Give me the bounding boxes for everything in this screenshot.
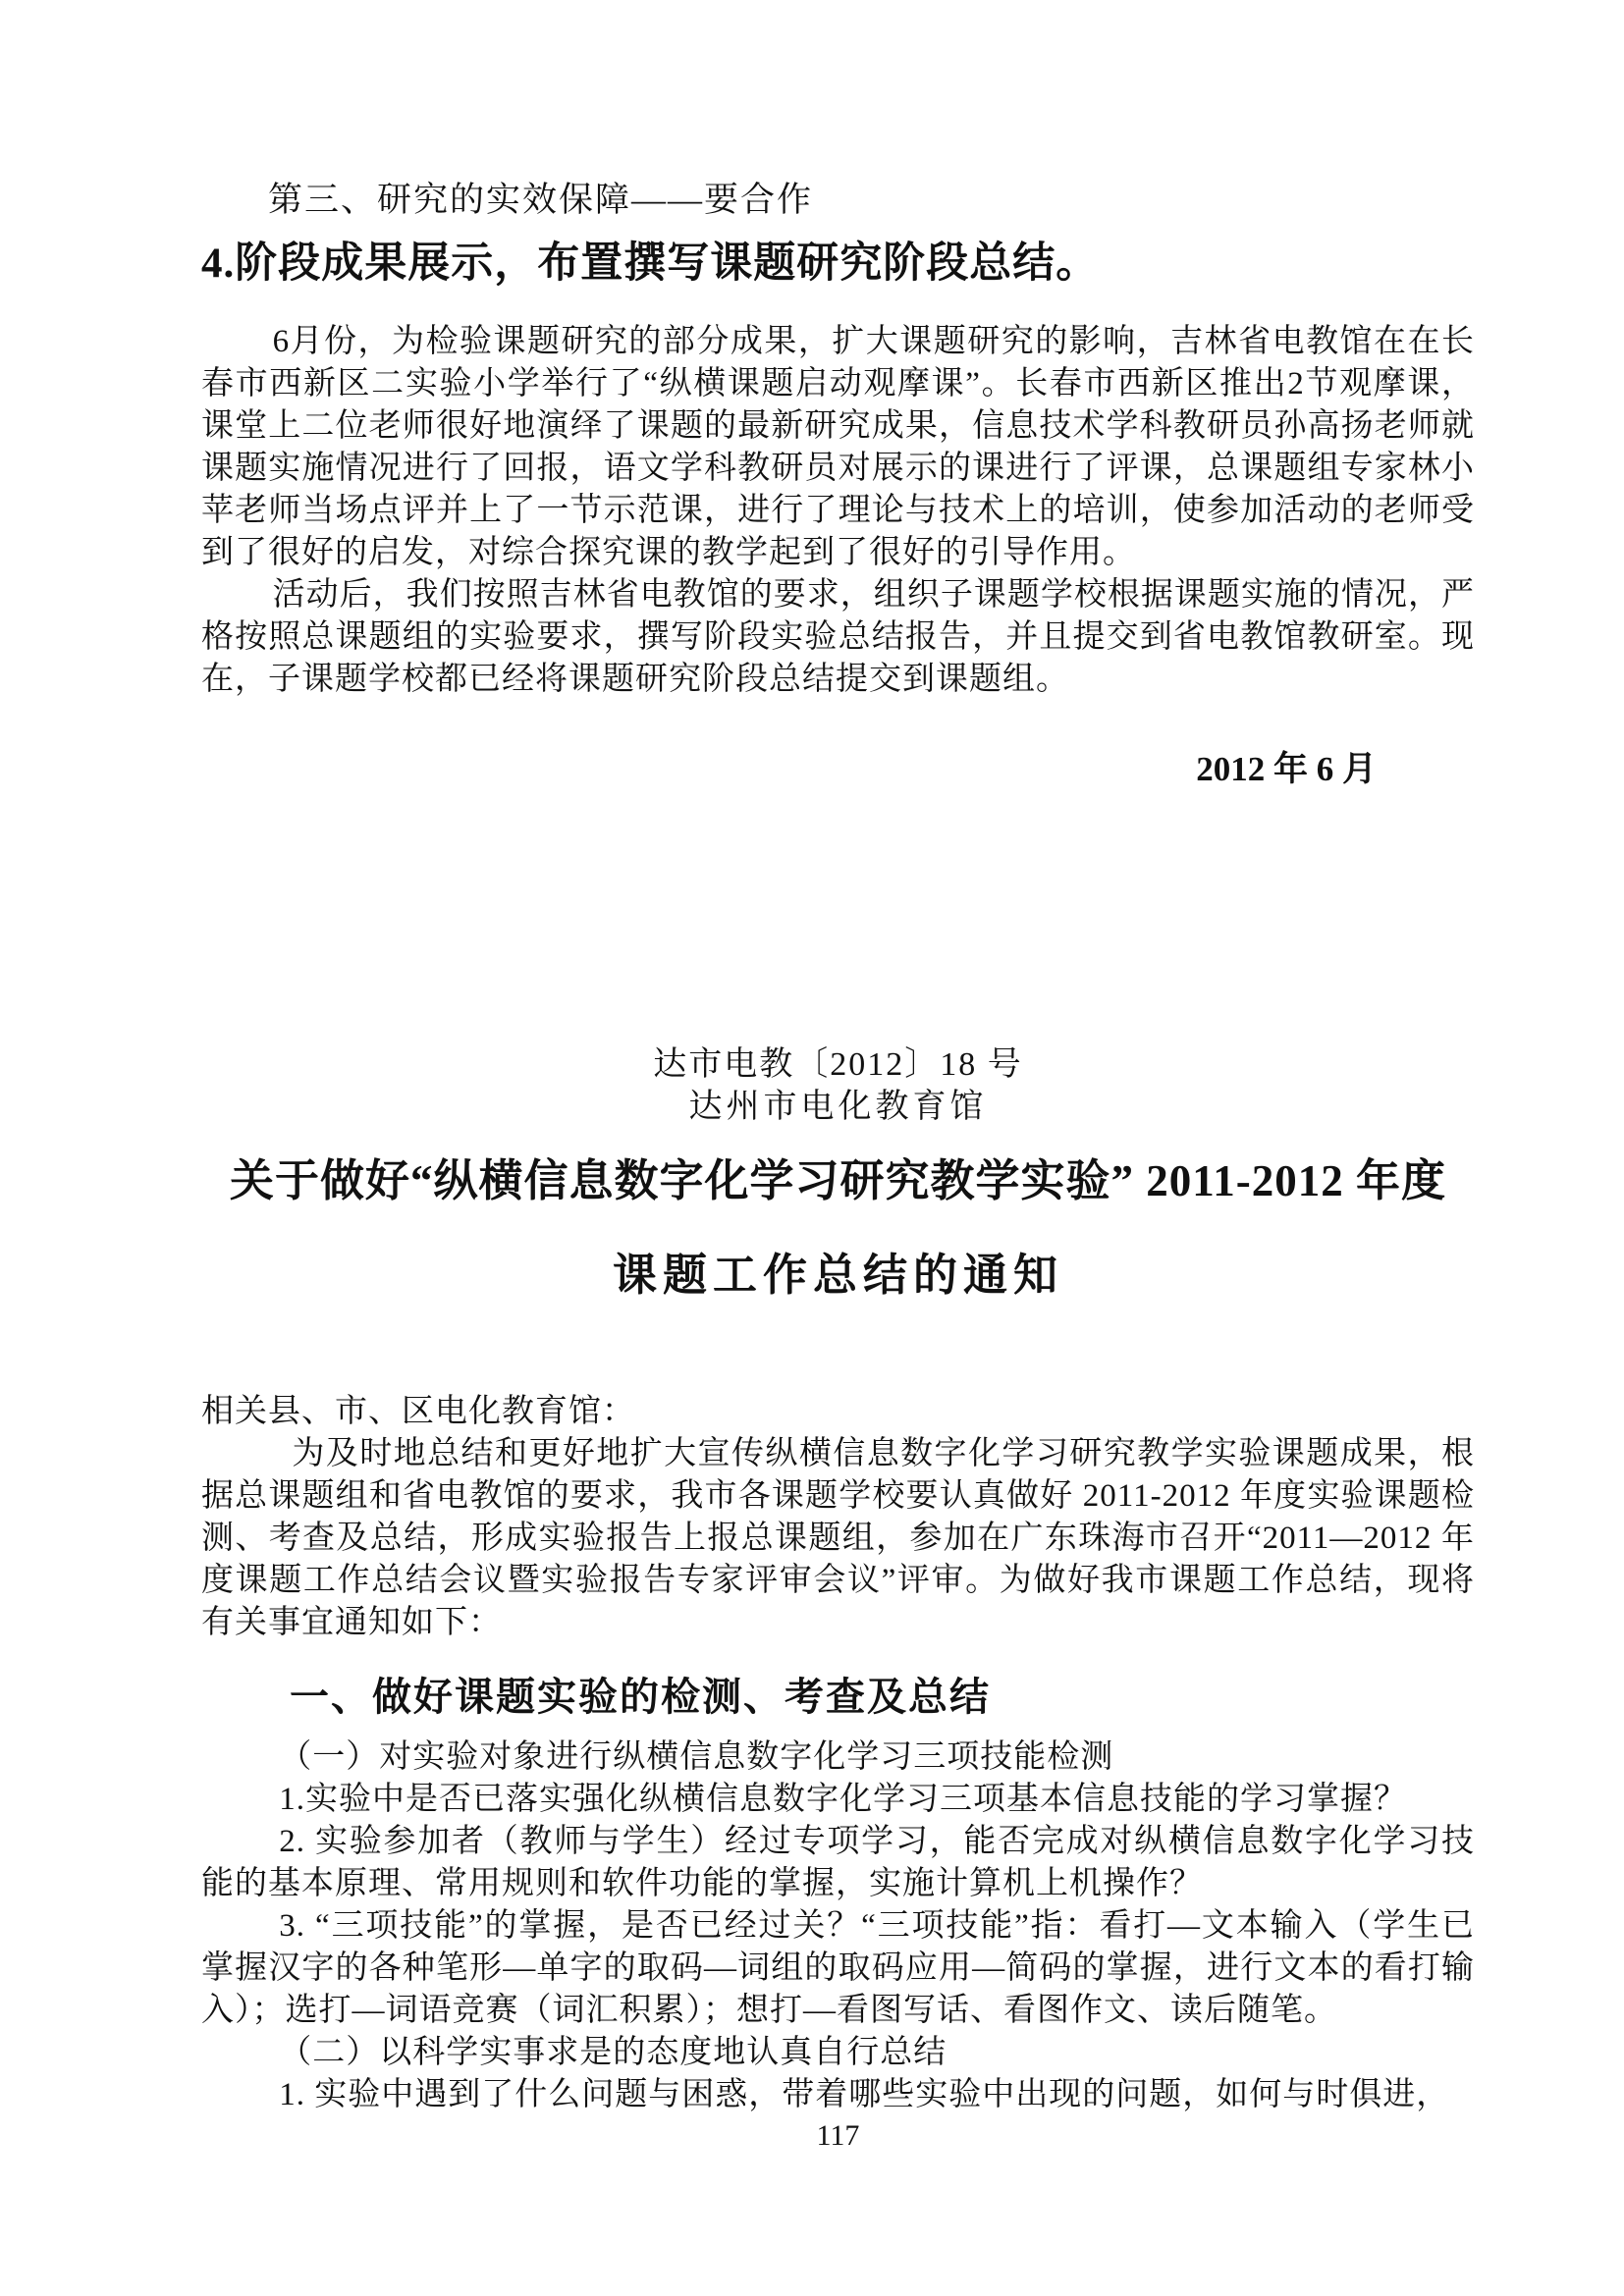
notice-section-heading: 一、做好课题实验的检测、考查及总结 — [201, 1672, 1475, 1723]
notice-item: （二）以科学实事求是的态度地认真自行总结 — [201, 2032, 1475, 2074]
document-page: 第三、研究的实效保障——要合作 4.阶段成果展示，布置撰写课题研究阶段总结。 6… — [0, 0, 1624, 2296]
notice-doc-number: 达市电教〔2012〕18 号 — [201, 1043, 1475, 1086]
notice-intro-paragraph: 为及时地总结和更好地扩大宣传纵横信息数字化学习研究教学实验课题成果，根据总课题组… — [201, 1433, 1475, 1644]
report-paragraph-1: 6月份，为检验课题研究的部分成果，扩大课题研究的影响，吉林省电教馆在在长春市西新… — [201, 321, 1475, 574]
notice-item: 2. 实验参加者（教师与学生）经过专项学习，能否完成对纵横信息数字化学习技能的基… — [201, 1821, 1475, 1905]
notice-title-line2: 课题工作总结的通知 — [201, 1246, 1475, 1305]
notice-items: （一）对实验对象进行纵横信息数字化学习三项技能检测 1.实验中是否已落实强化纵横… — [201, 1736, 1475, 2116]
page-number: 117 — [201, 2118, 1475, 2154]
notice-issuer: 达州市电化教育馆 — [201, 1086, 1475, 1128]
report-subpoint-line: 第三、研究的实效保障——要合作 — [201, 179, 1475, 221]
notice-item: 3. “三项技能”的掌握，是否已经过关？“三项技能”指：看打—文本输入（学生已掌… — [201, 1905, 1475, 2032]
report-section-heading: 4.阶段成果展示，布置撰写课题研究阶段总结。 — [201, 237, 1475, 292]
notice-title-line1: 关于做好“纵横信息数字化学习研究教学实验” 2011-2012 年度 — [201, 1151, 1475, 1210]
report-paragraph-2: 活动后，我们按照吉林省电教馆的要求，组织子课题学校根据课题实施的情况，严格按照总… — [201, 574, 1475, 701]
notice-salutation: 相关县、市、区电化教育馆： — [201, 1391, 1475, 1433]
notice-item: （一）对实验对象进行纵横信息数字化学习三项技能检测 — [201, 1736, 1475, 1779]
notice-item: 1.实验中是否已落实强化纵横信息数字化学习三项基本信息技能的学习掌握？ — [201, 1779, 1475, 1821]
notice-item: 1. 实验中遇到了什么问题与困惑，带着哪些实验中出现的问题，如何与时俱进， — [201, 2074, 1475, 2116]
report-date: 2012 年 6 月 — [201, 748, 1475, 790]
